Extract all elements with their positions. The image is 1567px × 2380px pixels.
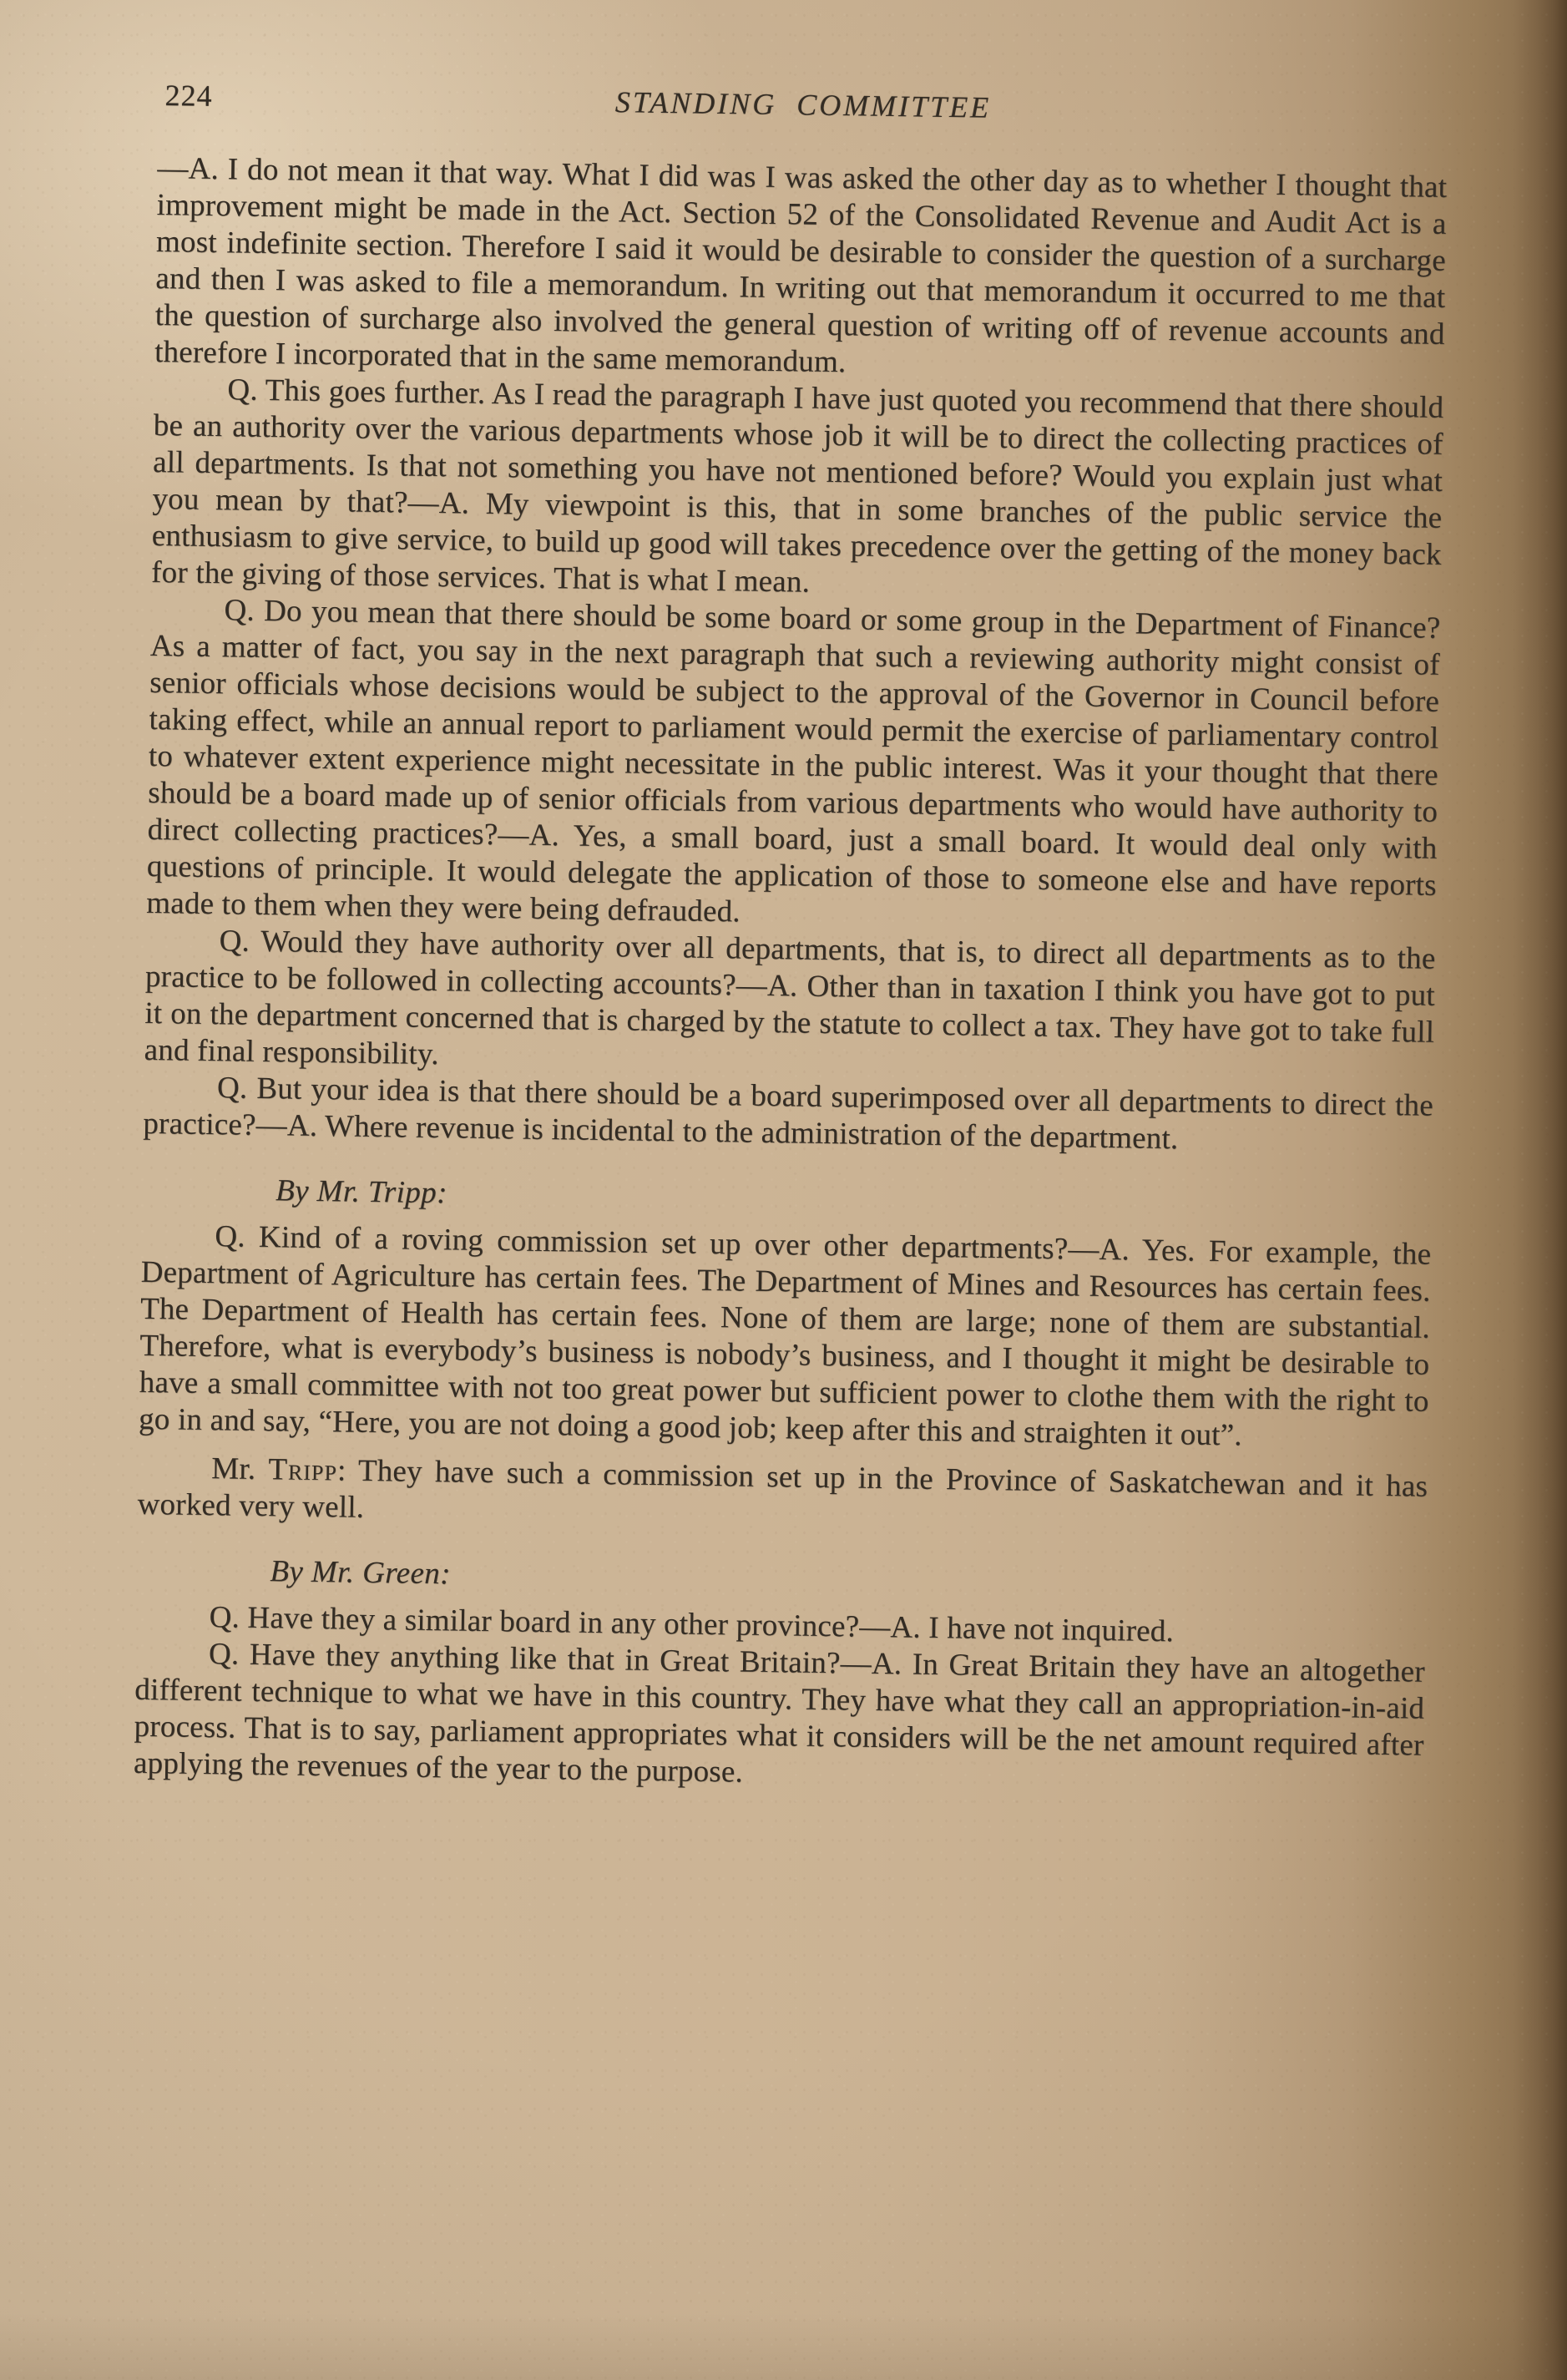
section-heading: By Mr. Green:	[270, 1553, 1427, 1608]
question-answer-paragraph: Q. Kind of a roving commission set up ov…	[139, 1218, 1432, 1457]
question-answer-paragraph: Q. Do you mean that there should be some…	[146, 591, 1441, 941]
running-header-title: STANDING COMMITTEE	[158, 77, 1448, 133]
bottom-edge-shadow	[0, 2313, 1567, 2380]
speaker-prefix: Mr.	[211, 1451, 269, 1486]
binding-edge-shadow	[1514, 0, 1567, 2380]
question-answer-paragraph: Q. Would they have authority over all de…	[144, 922, 1435, 1088]
scanned-page: 224 STANDING COMMITTEE —A. I do not mean…	[0, 0, 1567, 2380]
section-heading: By Mr. Tripp:	[275, 1172, 1433, 1227]
page-number: 224	[164, 77, 213, 114]
page-body: —A. I do not mean it that way. What I di…	[134, 150, 1448, 1801]
page-content: 224 STANDING COMMITTEE —A. I do not mean…	[134, 77, 1448, 1801]
answer-paragraph: —A. I do not mean it that way. What I di…	[154, 150, 1448, 390]
statement-paragraph: Mr. Tripp: They have such a commission s…	[137, 1450, 1428, 1542]
question-answer-paragraph: Q. Have they anything like that in Great…	[134, 1635, 1425, 1801]
question-answer-paragraph: Q. This goes further. As I read the para…	[151, 371, 1444, 610]
speaker-name: Tripp	[268, 1452, 337, 1487]
page-header: 224 STANDING COMMITTEE	[158, 77, 1448, 134]
